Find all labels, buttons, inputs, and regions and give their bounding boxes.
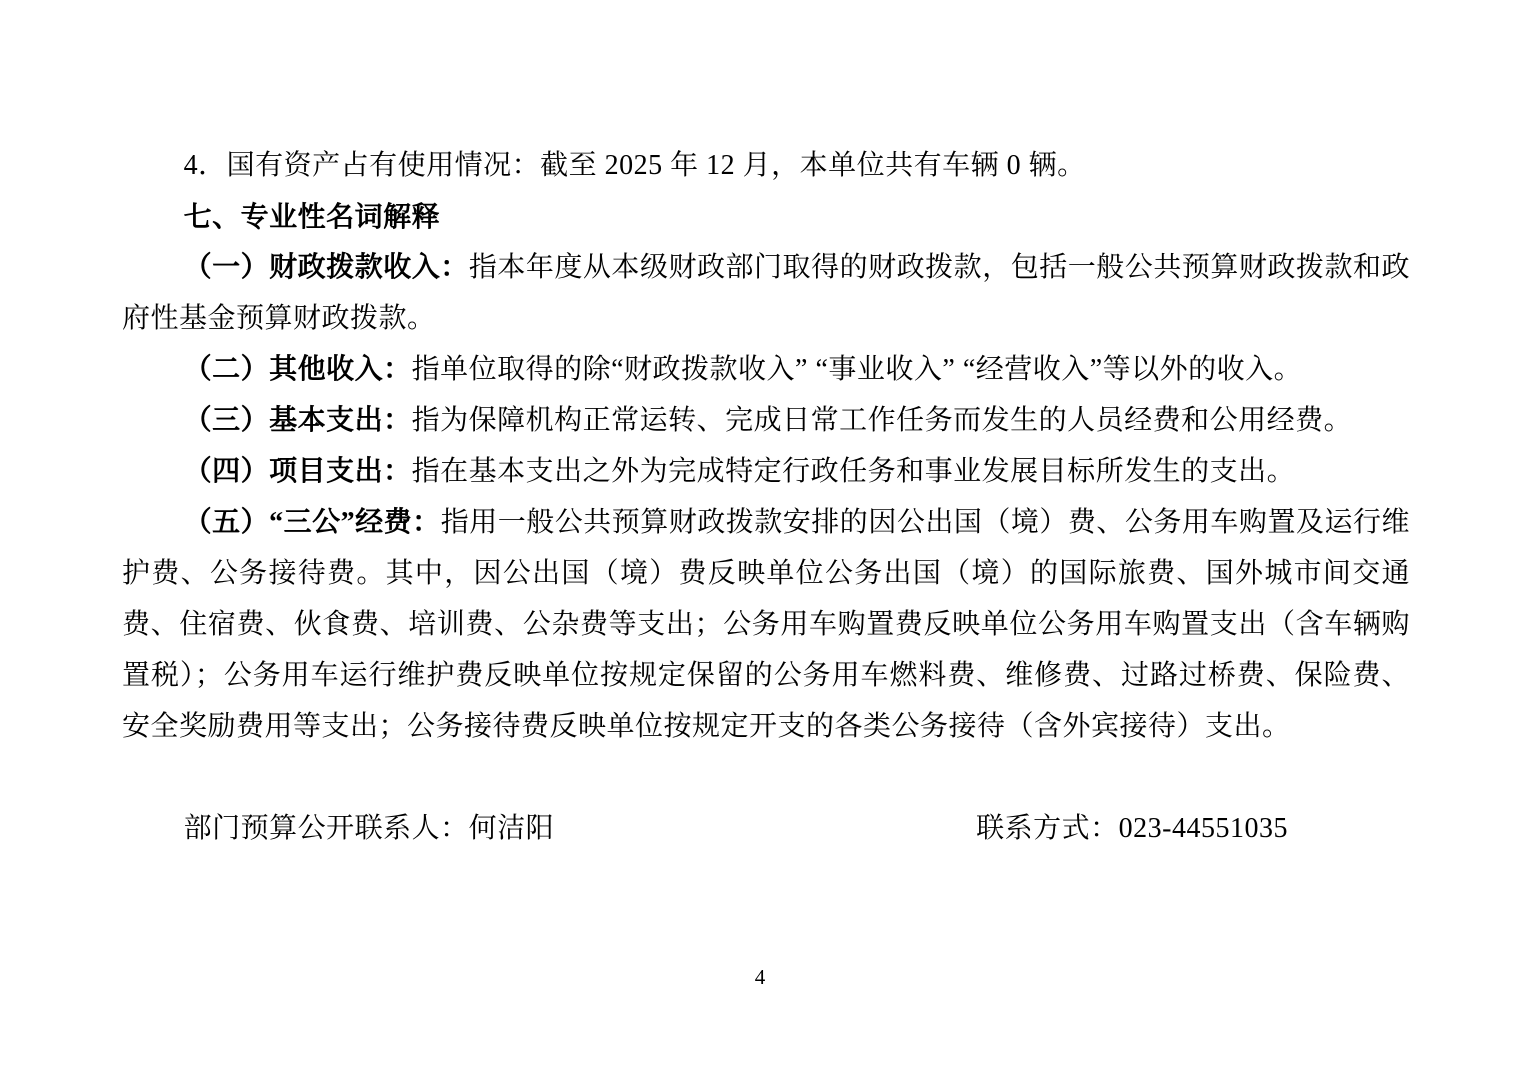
definition-paragraph-4: （四）项目支出：指在基本支出之外为完成特定行政任务和事业发展目标所发生的支出。 [122,446,1410,497]
definition-body: 指在基本支出之外为完成特定行政任务和事业发展目标所发生的支出。 [412,456,1296,487]
definition-paragraph-3: （三）基本支出：指为保障机构正常运转、完成日常工作任务而发生的人员经费和公用经费… [122,395,1410,446]
definition-term: （五）“三公”经费： [184,507,441,538]
definition-paragraph-2: （二）其他收入：指单位取得的除“财政拨款收入” “事业收入” “经营收入”等以外… [122,344,1410,395]
definition-term: （一）财政拨款收入： [184,252,469,283]
contact-phone: 联系方式：023-44551035 [976,803,1288,854]
definition-paragraph-1: （一）财政拨款收入：指本年度从本级财政部门取得的财政拨款，包括一般公共预算财政拨… [122,242,1410,344]
document-page: 4．国有资产占有使用情况：截至 2025 年 12 月，本单位共有车辆 0 辆。… [0,0,1520,1074]
definition-paragraph-5: （五）“三公”经费：指用一般公共预算财政拨款安排的因公出国（境）费、公务用车购置… [122,497,1410,752]
definition-body: 指为保障机构正常运转、完成日常工作任务而发生的人员经费和公用经费。 [412,405,1353,436]
section-heading: 七、专业性名词解释 [122,191,1410,242]
definition-term: （四）项目支出： [184,456,412,487]
definition-term: （三）基本支出： [184,405,412,436]
contact-person: 部门预算公开联系人：何洁阳 [122,803,554,854]
definition-term: （二）其他收入： [184,354,412,385]
definition-body: 指单位取得的除“财政拨款收入” “事业收入” “经营收入”等以外的收入。 [412,354,1303,385]
document-body: 4．国有资产占有使用情况：截至 2025 年 12 月，本单位共有车辆 0 辆。… [122,140,1410,854]
page-number: 4 [0,960,1520,994]
definition-body: 指用一般公共预算财政拨款安排的因公出国（境）费、公务用车购置及运行维护费、公务接… [122,507,1410,742]
contact-row: 部门预算公开联系人：何洁阳 联系方式：023-44551035 [122,803,1410,854]
asset-usage-line: 4．国有资产占有使用情况：截至 2025 年 12 月，本单位共有车辆 0 辆。 [122,140,1410,191]
